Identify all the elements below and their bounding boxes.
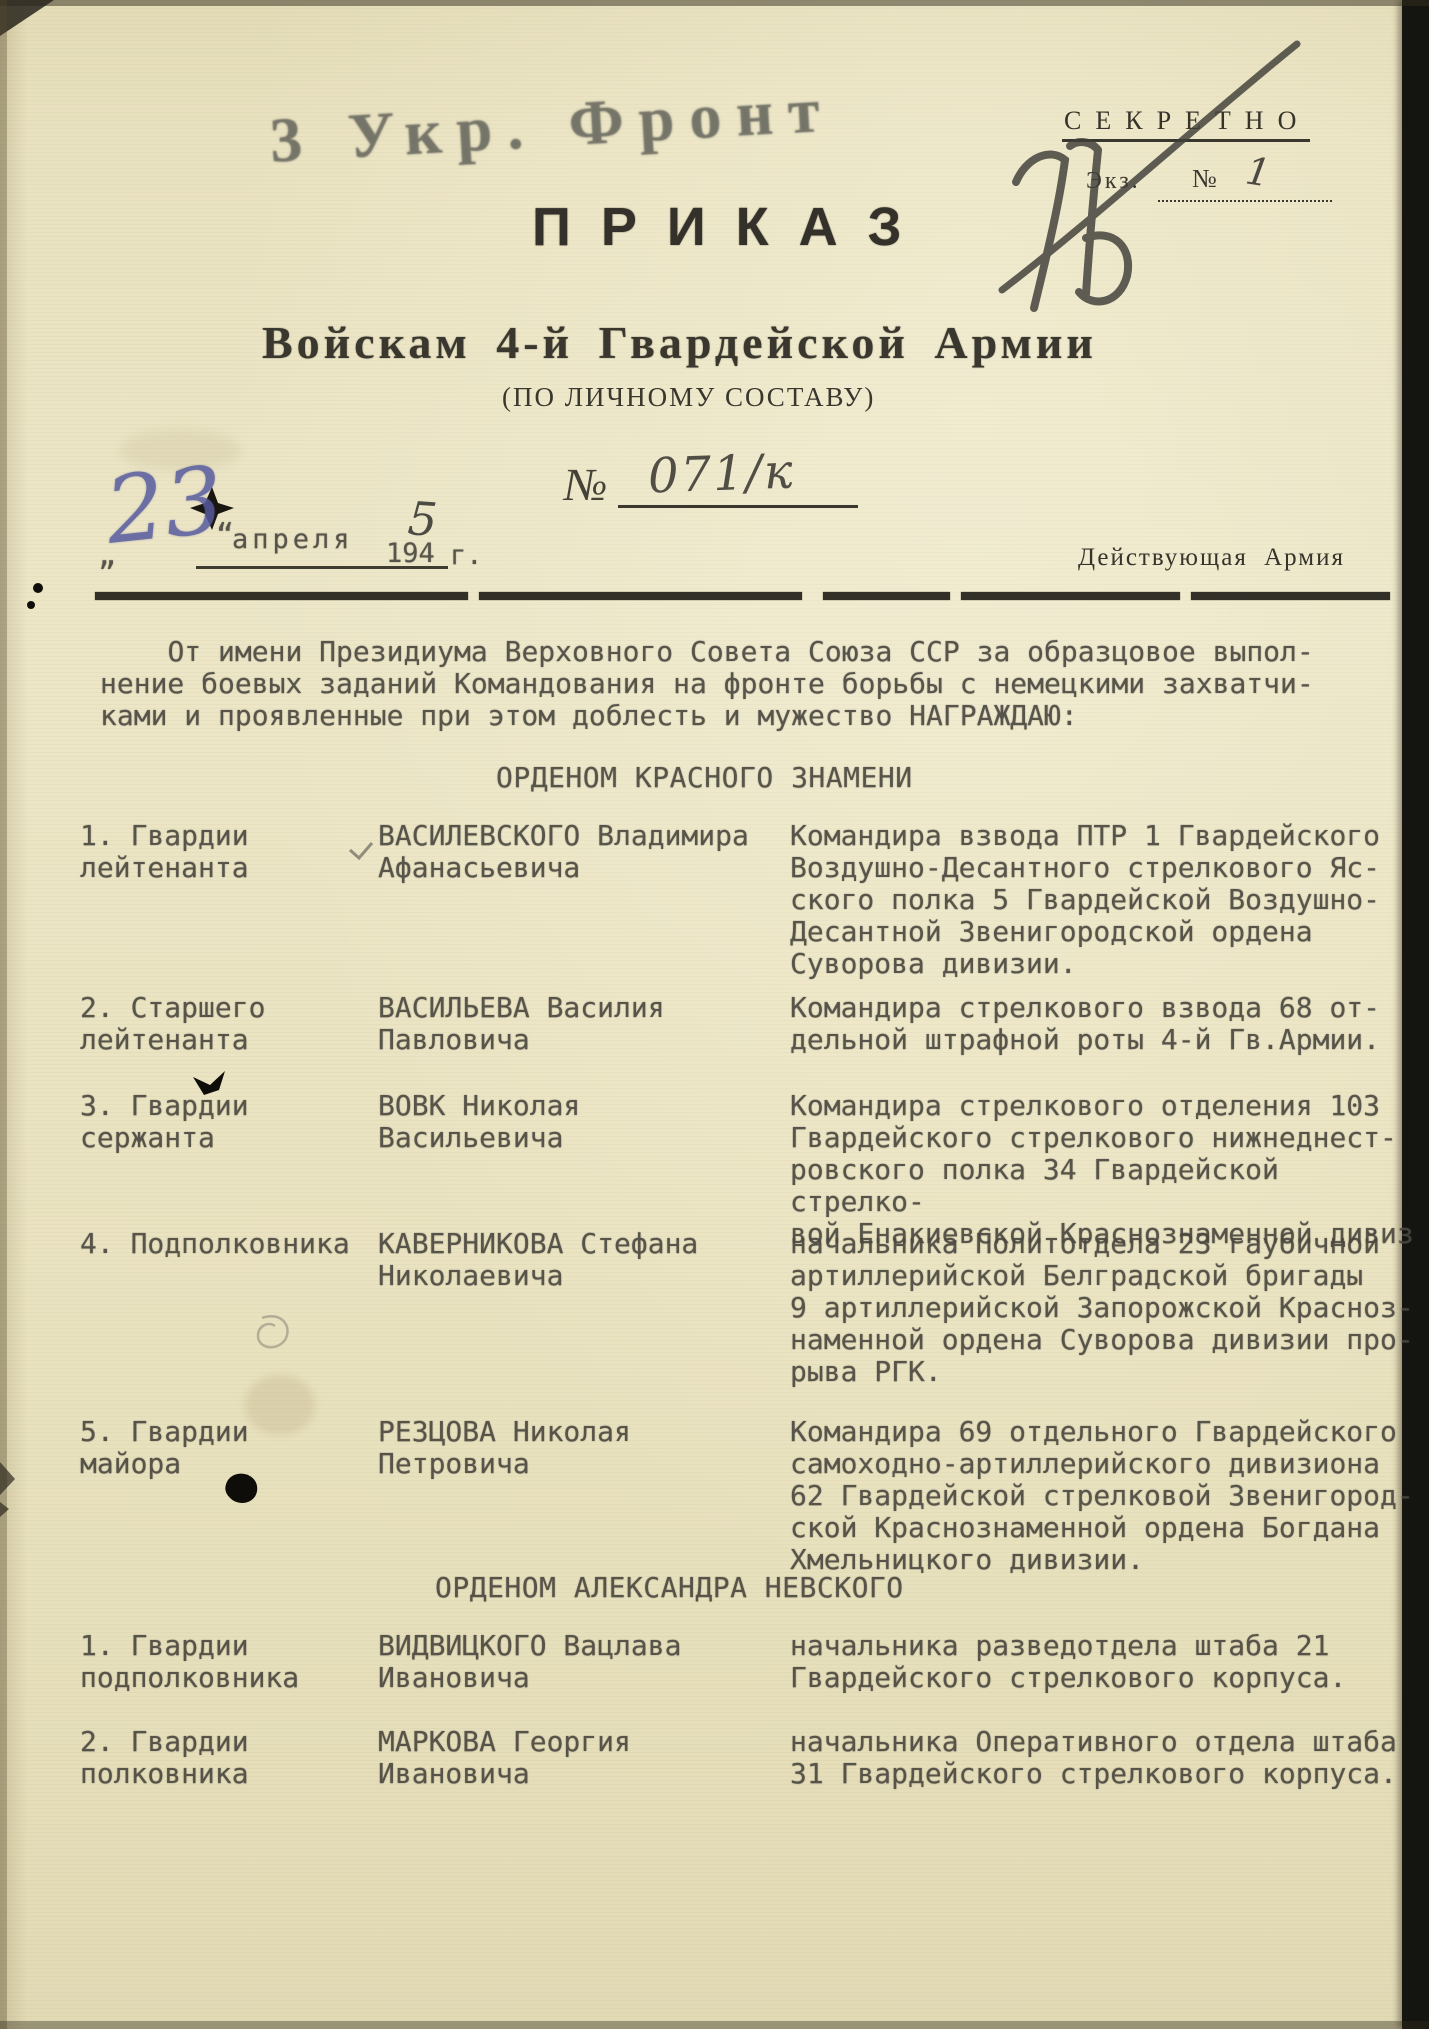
entry-citation: Командира стрелкового отделения 103 Гвар… xyxy=(790,1090,1415,1250)
copy-number-handwritten: 1 xyxy=(1243,148,1274,195)
entry-citation: Командира 69 отдельного Гвардейского сам… xyxy=(790,1416,1415,1576)
classification-underline xyxy=(1062,139,1310,142)
scanned-order-page: 3 Укр. Фронт СЕКРЕТНО Экз. № 1 xyxy=(0,0,1429,2029)
pencil-check-mark xyxy=(350,843,372,858)
copy-label: Экз. xyxy=(1086,168,1141,195)
entry-name: ВАСИЛЬЕВА Василия Павловича xyxy=(378,992,665,1056)
entry-name: ВИДВИЦКОГО Вацлава Ивановича xyxy=(378,1630,681,1694)
army-status: Действующая Армия xyxy=(1078,544,1345,572)
entry-rank: 5. Гвардии майора xyxy=(80,1416,249,1480)
pencil-digit-7 xyxy=(1016,154,1065,308)
entry-citation: начальника разведотдела штаба 21 Гвардей… xyxy=(790,1630,1415,1694)
date-year-handwritten: 5 xyxy=(406,491,439,547)
date-era: г. xyxy=(450,540,483,572)
pencil-digit-8 xyxy=(1079,235,1128,301)
entry-citation: Командира взвода ПТР 1 Гвардейского Возд… xyxy=(790,820,1415,980)
classification-label: СЕКРЕТНО xyxy=(1064,106,1310,136)
entry-rank: 1. Гвардии лейтенанта xyxy=(80,820,249,884)
order-number-sign: № xyxy=(564,458,607,511)
entry-name: ВОВК Николая Васильевича xyxy=(378,1090,580,1154)
entry-rank: 2. Гвардии полковника xyxy=(80,1726,249,1790)
copy-number-sign: № xyxy=(1192,164,1217,194)
order-addressee: Войскам 4-й Гвардейской Армии xyxy=(262,316,1097,369)
order-number-line xyxy=(618,505,858,508)
divider-rule-segment xyxy=(1191,592,1390,600)
copy-number-line xyxy=(1158,198,1332,202)
entry-rank: 4. Подполковника xyxy=(80,1228,350,1260)
scan-edge-bottom xyxy=(0,2021,1429,2029)
entry-citation: начальника Политотдела 23 гаубичной арти… xyxy=(790,1228,1415,1388)
entry-rank: 1. Гвардии подполковника xyxy=(80,1630,299,1694)
entry-rank: 3. Гвардии сержанта xyxy=(80,1090,249,1154)
entry-citation: Командира стрелкового взвода 68 от- дель… xyxy=(790,992,1415,1056)
stain xyxy=(245,1375,315,1435)
section-heading: ОРДЕНОМ АЛЕКСАНДРА НЕВСКОГО xyxy=(435,1572,904,1604)
scan-edge-top xyxy=(0,0,1429,6)
order-title: ПРИКАЗ xyxy=(532,196,931,258)
section-heading: ОРДЕНОМ КРАСНОГО ЗНАМЕНИ xyxy=(496,762,913,794)
divider-rule-segment xyxy=(823,592,950,600)
order-subtitle: (ПО ЛИЧНОМУ СОСТАВУ) xyxy=(502,382,875,413)
divider-rule-segment xyxy=(961,592,1180,600)
entry-name: ВАСИЛЕВСКОГО Владимира Афанасьевича xyxy=(378,820,749,884)
order-number-handwritten: 071/к xyxy=(647,443,795,504)
entry-name: КАВЕРНИКОВА Стефана Николаевича xyxy=(378,1228,698,1292)
divider-rule-segment xyxy=(479,592,802,600)
preamble: От имени Президиума Верховного Совета Со… xyxy=(100,636,1410,732)
date-month: апреля xyxy=(232,524,354,556)
entry-name: РЕЗЦОВА Николая Петровича xyxy=(378,1416,631,1480)
unit-stamp: 3 Укр. Фронт xyxy=(268,72,836,177)
date-day-handwritten: 23 xyxy=(101,446,229,565)
entry-rank: 2. Старшего лейтенанта xyxy=(80,992,265,1056)
divider-rule-segment xyxy=(95,592,468,600)
pencil-digit-8 xyxy=(1070,142,1098,150)
scan-edge-left xyxy=(0,0,7,2029)
pencil-smudge xyxy=(258,1316,288,1347)
entry-citation: начальника Оперативного отдела штаба 31 … xyxy=(790,1726,1415,1790)
entry-name: МАРКОВА Георгия Ивановича xyxy=(378,1726,631,1790)
